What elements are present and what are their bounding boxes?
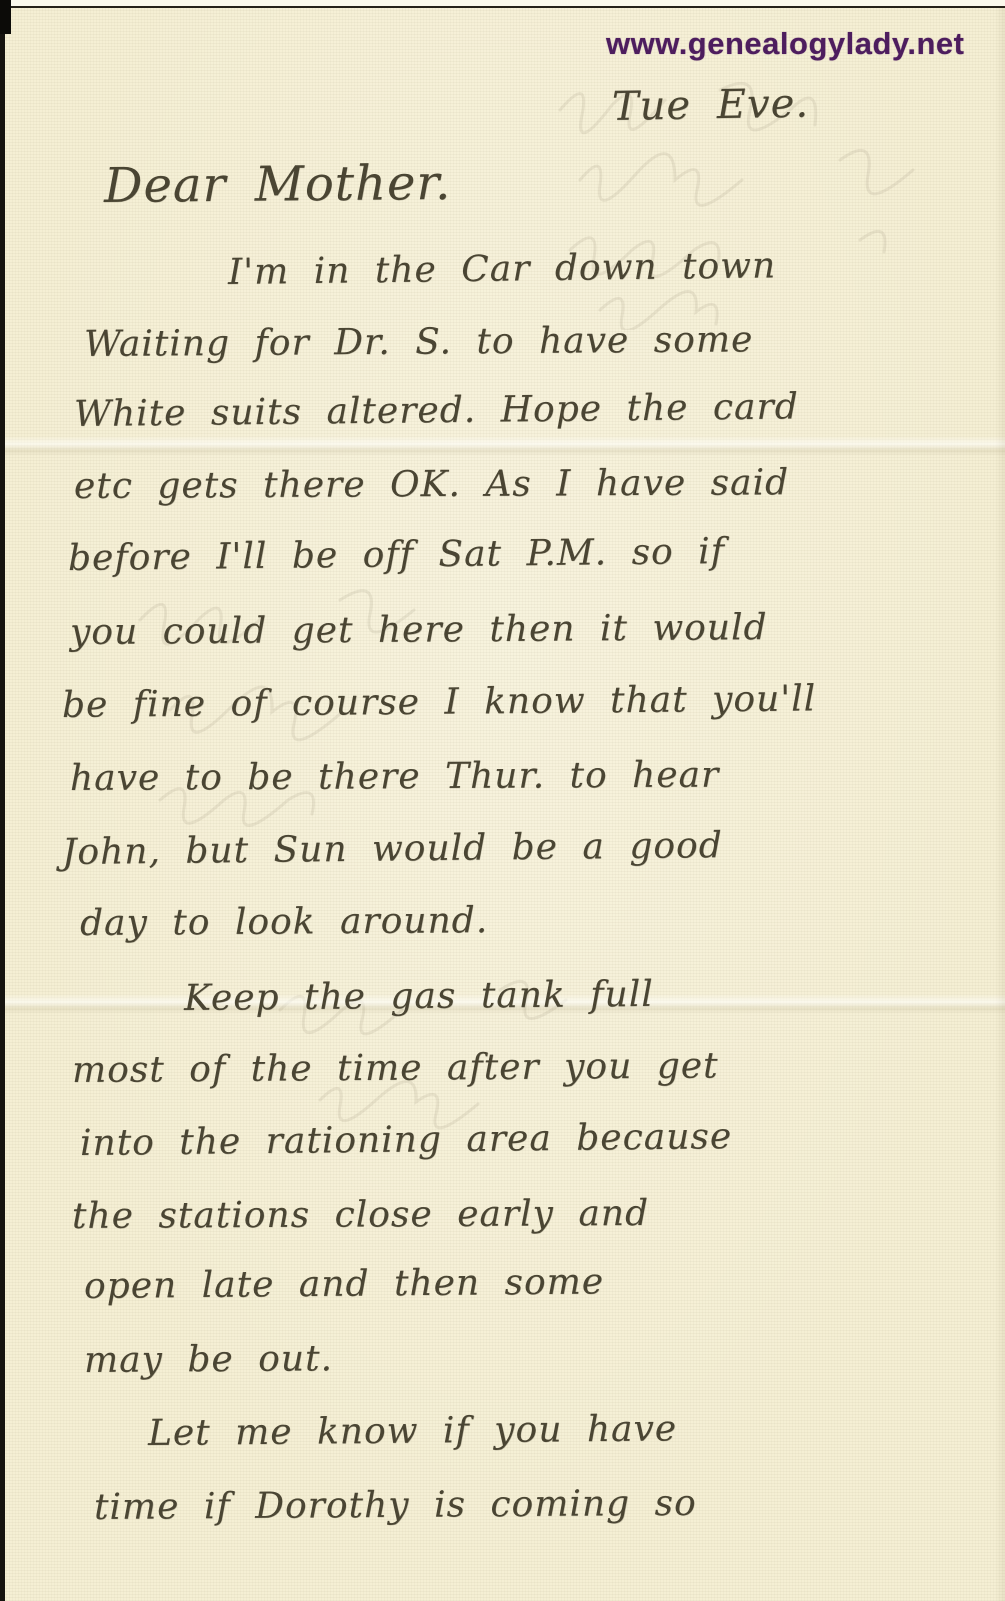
letter-line: you could get here then it would [70,607,768,653]
letter-line: etc gets there OK. As I have said [74,462,789,507]
letter-line: Waiting for Dr. S. to have some [84,319,754,365]
letter-line: John, but Sun would be a good [62,825,723,873]
letter-line: be fine of course I know that you'll [62,678,817,726]
letter-line: time if Dorothy is coming so [94,1483,697,1528]
watermark-url-text: www.genealogylady.net [606,26,964,62]
letter-line: have to be there Thur. to hear [70,755,720,799]
scan-edge-left [0,0,5,1601]
letter-line: I'm in the Car down town [228,245,777,293]
letter-line: day to look around. [80,900,488,944]
letter-dateline: Tue Eve. [612,81,810,130]
letter-line: before I'll be off Sat P.M. so if [68,531,725,579]
letter-line: into the rationing area because [80,1116,733,1164]
letter-line: most of the time after you get [72,1045,719,1091]
letter-line: the stations close early and [72,1193,649,1237]
letter-line: Let me know if you have [148,1408,677,1454]
letter-line: Keep the gas tank full [184,974,654,1019]
scan-edge-right-shade [995,0,1005,1601]
fold-crease-upper [0,436,1005,456]
scan-edge-corner [0,0,11,34]
scan-edge-top [0,0,1005,8]
letter-line: open late and then some [84,1261,604,1307]
letter-salutation: Dear Mother. [104,155,452,214]
letter-line: may be out. [84,1338,333,1381]
letter-line: White suits altered. Hope the card [74,386,799,435]
